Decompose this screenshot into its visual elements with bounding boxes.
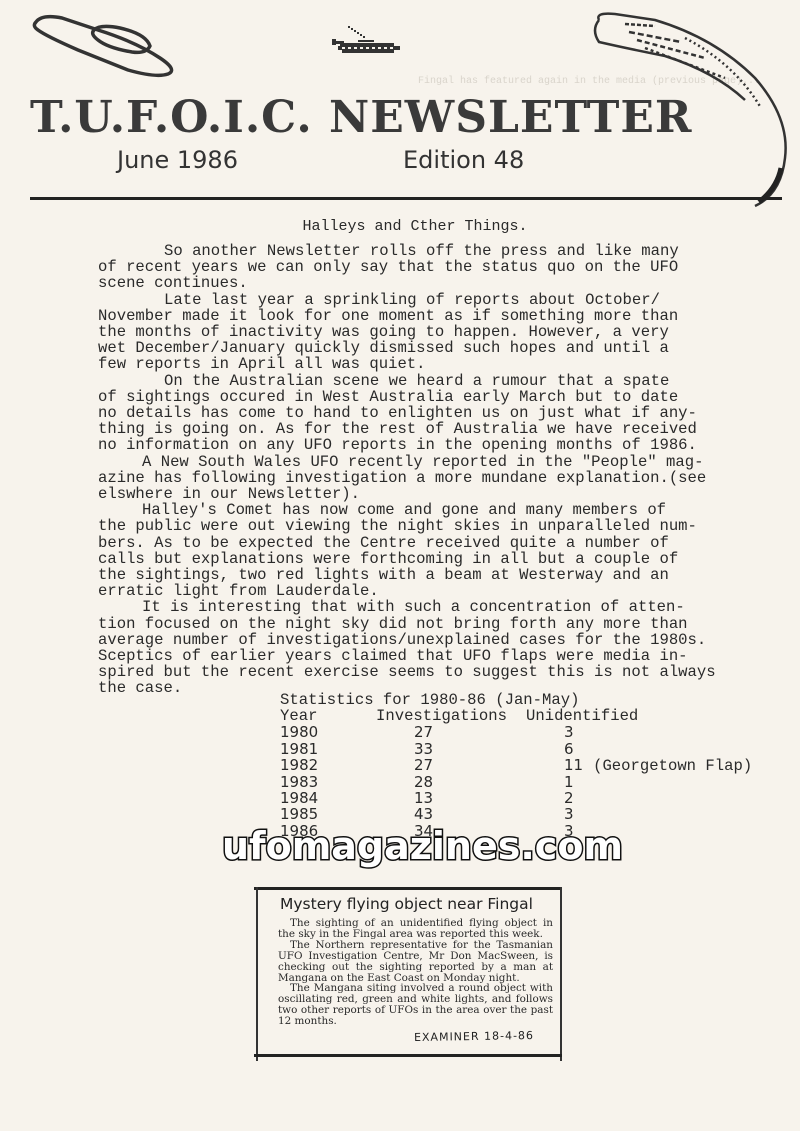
cell-year: 1980 [262, 724, 376, 740]
article-paragraph: Late last year a sprinkling of reports a… [98, 292, 758, 373]
cell-year: 1981 [262, 741, 376, 757]
website-watermark: ufomagazines.com [222, 824, 623, 868]
cell-unidentified: 2 [526, 790, 752, 806]
statistics-grid: Year Investigations Unidentified 1980273… [262, 708, 752, 839]
statistics-table: Statistics for 1980-86 (Jan-May) Year In… [262, 692, 752, 839]
row-note: (Georgetown Flap) [583, 757, 752, 775]
cell-investigations: 27 [376, 724, 526, 740]
column-header-unidentified: Unidentified [526, 708, 752, 724]
rocket-icon [330, 26, 406, 56]
newspaper-clipping: Mystery flying object near Fingal The si… [256, 887, 562, 1061]
clipping-paragraph: The sighting of an unidentified flying o… [278, 918, 553, 940]
column-header-investigations: Investigations [376, 708, 526, 724]
clipping-bottom-rule [254, 1054, 562, 1057]
clipping-paragraph: The Mangana siting involved a round obje… [278, 983, 553, 1027]
cell-year: 1983 [262, 774, 376, 790]
statistics-rows: 1980273198133619822711(Georgetown Flap)1… [262, 724, 752, 838]
cell-investigations: 28 [376, 774, 526, 790]
table-row: 19822711(Georgetown Flap) [262, 757, 752, 774]
cell-investigations: 33 [376, 741, 526, 757]
newsletter-title: T.U.F.O.I.C. NEWSLETTER [30, 92, 692, 143]
column-header-year: Year [262, 708, 376, 724]
cell-unidentified: 6 [526, 741, 752, 757]
clipping-headline: Mystery flying object near Fingal [280, 895, 533, 913]
handwritten-source-note: EXAMINER 18-4-86 [414, 1029, 534, 1044]
article-headline: Halleys and Cther Things. [0, 218, 800, 235]
cell-unidentified: 11(Georgetown Flap) [526, 757, 752, 774]
newsletter-page: Fingal has featured again in the media (… [0, 0, 800, 1131]
cell-year: 1984 [262, 790, 376, 806]
cell-investigations-value: 27 [414, 756, 433, 774]
cell-year-value: 1982 [280, 756, 318, 774]
article-body: So another Newsletter rolls off the pres… [98, 243, 758, 697]
cell-year: 1982 [262, 757, 376, 774]
cell-unidentified-value: 11 [564, 756, 583, 774]
issue-date: June 1986 [117, 146, 238, 174]
article-paragraph: So another Newsletter rolls off the pres… [98, 243, 758, 292]
ufo-saucer-icon [28, 8, 178, 80]
clipping-paragraph: The Northern representative for the Tasm… [278, 940, 553, 984]
article-paragraph: On the Australian scene we heard a rumou… [98, 373, 758, 454]
cell-unidentified: 1 [526, 774, 752, 790]
article-paragraph: A New South Wales UFO recently reported … [98, 454, 758, 503]
cell-investigations: 13 [376, 790, 526, 806]
table-row: 1980273 [262, 724, 752, 740]
cell-year: 1985 [262, 806, 376, 822]
table-header-row: Year Investigations Unidentified [262, 708, 752, 724]
article-paragraph: It is interesting that with such a conce… [98, 599, 758, 696]
masthead-divider [30, 197, 782, 200]
cell-unidentified: 3 [526, 724, 752, 740]
table-row: 1984132 [262, 790, 752, 806]
cell-investigations: 27 [376, 757, 526, 774]
article-paragraph: Halley's Comet has now come and gone and… [98, 502, 758, 599]
clipping-body: The sighting of an unidentified flying o… [278, 918, 553, 1027]
table-row: 1985433 [262, 806, 752, 822]
table-row: 1983281 [262, 774, 752, 790]
edition-number: Edition 48 [403, 146, 524, 174]
cell-unidentified: 3 [526, 806, 752, 822]
cell-investigations: 43 [376, 806, 526, 822]
statistics-caption: Statistics for 1980-86 (Jan-May) [262, 692, 752, 708]
table-row: 1981336 [262, 741, 752, 757]
